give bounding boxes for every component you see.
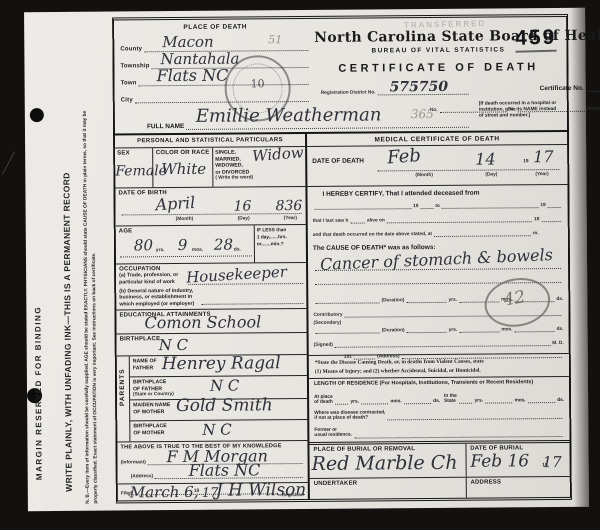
margin-binding-text: MARGIN RESERVED FOR BINDING xyxy=(31,40,43,480)
former-residence-label: Former or usual residence. xyxy=(314,428,352,439)
sex-cell: SEX Female xyxy=(115,148,153,187)
dob-month-value: April xyxy=(155,195,196,213)
dod-day-caption: (Day) xyxy=(485,172,497,177)
if-less-cell: IF LESS than 1 day,......hrs. or.......m… xyxy=(254,225,306,262)
dod-month-value: Feb xyxy=(387,147,422,168)
attended-dates-line: 19 to 19 xyxy=(313,203,563,210)
mother-name-value: Gold Smith xyxy=(176,398,273,416)
contributory-label: Contributory xyxy=(313,313,342,318)
birthplace-value: N C xyxy=(159,338,188,353)
mos-caption: mos. xyxy=(390,399,401,404)
full-name-line: FULL NAME Emillie Weatherman 365 xyxy=(121,121,471,131)
ds-caption: ds. xyxy=(556,297,563,302)
year-19-print: 19 xyxy=(534,217,539,222)
education-row: EDUCATIONAL ATTAINMENTS Comon School xyxy=(116,309,306,334)
age-row: AGE 80 yrs. 9 mos. 28 ds. IF LESS than 1… xyxy=(116,225,306,264)
ds-caption: ds. xyxy=(433,399,440,404)
sex-label: SEX xyxy=(117,150,150,156)
mos-caption: mos. xyxy=(501,327,512,332)
seal-number: 10 xyxy=(227,77,289,90)
mos-caption: mos. xyxy=(515,398,526,403)
dob-year-caption: (Year) xyxy=(284,216,297,221)
burial-place-value: Red Marble Ch xyxy=(312,454,458,474)
scan-background: { "margin": { "binding": "MARGIN RESERVE… xyxy=(0,0,600,530)
dod-label: DATE OF DEATH xyxy=(312,158,364,165)
date-of-death-row: DATE OF DEATH Feb 14 19 17 (Month) (Day)… xyxy=(307,145,567,187)
full-name-value: Emillie Weatherman xyxy=(196,106,382,125)
personal-column: PERSONAL AND STATISTICAL PARTICULARS SEX… xyxy=(115,134,310,500)
margin-nb-note-line1: N. B.—Every item of information should b… xyxy=(82,24,91,504)
dod-year-caption: (Year) xyxy=(535,172,548,177)
father-name-row: NAME OF FATHER Henrey Ragal xyxy=(130,355,307,377)
undertaker-row: UNDERTAKER ADDRESS xyxy=(310,476,570,499)
certificate-paper: MARGIN RESERVED FOR BINDING WRITE PLAINL… xyxy=(24,8,589,511)
registration-district-value: 575750 xyxy=(390,80,449,94)
yrs-caption: yrs. xyxy=(448,298,457,303)
county-value: Macon xyxy=(162,35,214,50)
dob-month-caption: (Month) xyxy=(176,217,194,222)
age-cell: AGE 80 yrs. 9 mos. 28 ds. xyxy=(116,225,254,263)
dod-day-value: 14 xyxy=(475,152,495,168)
yrs-caption: yrs. xyxy=(350,400,359,405)
undertaker-cell: UNDERTAKER xyxy=(310,478,467,499)
hospital-note: [If death occurred in a hospital or inst… xyxy=(479,101,561,120)
disease-contracted-line: Where was disease contracted, if not at … xyxy=(309,405,569,424)
dod-month-caption: (Month) xyxy=(415,173,433,178)
alive-on-text: alive on xyxy=(367,218,385,223)
race-cell: COLOR OR RACE White xyxy=(153,148,213,187)
dod-year-print: 19 xyxy=(523,159,528,164)
county-pencil-note: 51 xyxy=(268,34,282,45)
marital-value: Widow xyxy=(251,145,303,164)
parents-side-label-cell: PARENTS xyxy=(117,356,131,441)
attestation-row: THE ABOVE IS TRUE TO THE BEST OF MY KNOW… xyxy=(117,441,307,484)
death-occurred-line: and that death occurred on the date abov… xyxy=(313,231,563,238)
dob-day-value: 16 xyxy=(234,199,252,213)
last-saw-line: that I last saw h alive on 19 xyxy=(313,217,563,224)
burial-year-value: 17 xyxy=(542,455,561,470)
dob-dotted-line xyxy=(122,213,302,215)
undertaker-label: UNDERTAKER xyxy=(314,480,462,487)
certification-block: I HEREBY CERTIFY, That I attended deceas… xyxy=(307,185,568,355)
death-occurred-text: and that death occurred on the date abov… xyxy=(313,232,432,238)
contracted-label: Where was disease contracted, if not at … xyxy=(314,410,385,421)
race-value: White xyxy=(161,162,206,177)
burial-date-cell: DATE OF BURIAL Feb 16 19 17 xyxy=(466,443,570,477)
father-bp-value: N C xyxy=(210,378,239,393)
filed-row: Filed March 6, 19 17 J H Wilson Registra… xyxy=(118,483,308,500)
informant-address-line: (Address) Flats NC xyxy=(121,464,305,479)
paper-edge-shadow xyxy=(570,8,589,507)
age-dotted-line xyxy=(120,255,252,257)
town-value: Flats NC xyxy=(156,68,228,85)
ds-caption: ds. xyxy=(557,327,564,332)
yrs-caption: yrs. xyxy=(475,399,484,404)
scan-scratch xyxy=(2,151,15,174)
place-of-death-title: PLACE OF DEATH xyxy=(120,23,310,31)
dod-dotted-line xyxy=(377,169,559,171)
duration-line-2: (Duration) yrs. mos. ds. xyxy=(314,327,564,334)
former-residence-line: Former or usual residence. xyxy=(309,422,569,441)
father-name-value: Henrey Ragal xyxy=(162,355,281,373)
certify-text: I HEREBY CERTIFY, That I attended deceas… xyxy=(322,190,479,198)
to-label: to xyxy=(435,204,440,209)
m-label: m. xyxy=(533,231,539,236)
full-name-label: FULL NAME xyxy=(147,123,184,130)
former-line2: usual residence. xyxy=(314,433,352,438)
age-months-value: 9 xyxy=(178,238,188,253)
registrar-label: Registrar. xyxy=(282,493,304,498)
dob-day-caption: (Day) xyxy=(238,216,250,221)
burial-row: PLACE OF BURIAL OR REMOVAL Red Marble Ch… xyxy=(309,440,569,478)
date-of-birth-row: DATE OF BIRTH April 16 836 (Month) (Day)… xyxy=(115,187,305,226)
if-less-line3: or.......min.? xyxy=(257,241,304,249)
file-number-stamp: 459 xyxy=(515,26,557,53)
certificate-of-death-title: CERTIFICATE OF DEATH xyxy=(314,61,562,75)
age-days-value: 28 xyxy=(214,238,233,253)
signed-line: (Signed) M. D. xyxy=(314,341,564,348)
mother-birthplace-row: BIRTHPLACE OF MOTHER N C xyxy=(130,420,307,441)
form-header: PLACE OF DEATH County Macon 51 Township … xyxy=(114,17,567,134)
parents-label: PARENTS xyxy=(119,368,126,406)
education-value: Comon School xyxy=(144,314,261,331)
ward-label: Ward) xyxy=(586,107,599,112)
header-block: TRANSFERRED North Carolina State Board o… xyxy=(314,19,562,75)
yrs-caption: yrs. xyxy=(449,328,458,333)
age-years-caption: yrs. xyxy=(156,248,165,253)
marital-cell: SINGLE, MARRIED, WIDOWED, or DIVORCED ( … xyxy=(213,147,305,187)
contracted-line2: if not at place of death? xyxy=(314,416,368,421)
parents-section: PARENTS NAME OF FATHER Henrey Ragal BIRT… xyxy=(117,355,308,442)
certify-line: I HEREBY CERTIFY, That I attended deceas… xyxy=(312,189,562,198)
age-months-caption: mos. xyxy=(192,248,203,253)
age-label: AGE xyxy=(119,227,251,234)
dob-year-value: 836 xyxy=(276,199,303,213)
in-the-line2: State xyxy=(444,399,456,404)
signed-label: (Signed) xyxy=(314,343,333,348)
sex-race-marital-row: SEX Female COLOR OR RACE White SINGLE, M… xyxy=(115,147,305,188)
informant-address-value: Flats NC xyxy=(189,462,261,479)
informant-address-label: (Address) xyxy=(131,474,153,479)
ds-caption: ds. xyxy=(557,398,564,403)
undertaker-address-label: ADDRESS xyxy=(470,479,565,486)
address-19-print: 191 xyxy=(344,355,352,360)
footnote-line2: (1) Means of Injury; and (2) whether Acc… xyxy=(315,365,563,375)
birthplace-label: BIRTHPLACE xyxy=(120,335,304,342)
pencil-circle-number: 42 xyxy=(502,287,527,311)
undertaker-address-cell: ADDRESS xyxy=(466,477,569,498)
dod-year-value: 17 xyxy=(533,149,553,165)
year-19-print: 19 xyxy=(413,204,418,209)
medical-column: MEDICAL CERTIFICATE OF DEATH DATE OF DEA… xyxy=(307,132,570,499)
duration-label: (Duration) xyxy=(381,298,404,303)
certificate-form: PLACE OF DEATH County Macon 51 Township … xyxy=(112,14,572,504)
dob-label: DATE OF BIRTH xyxy=(118,189,302,196)
address-caption: (Address) xyxy=(377,354,399,359)
md-label: M. D. xyxy=(552,341,564,346)
at-place-label: At place of death xyxy=(314,394,333,405)
burial-place-cell: PLACE OF BURIAL OR REMOVAL Red Marble Ch xyxy=(309,443,466,478)
full-name-pencil-note: 365 xyxy=(411,108,434,120)
age-years-value: 80 xyxy=(134,238,153,253)
occupation-row: OCCUPATION (a) Trade, profession, or par… xyxy=(116,263,306,310)
registration-district-label: Registration District No. xyxy=(321,90,376,95)
parents-rows: NAME OF FATHER Henrey Ragal BIRTHPLACE O… xyxy=(130,355,308,441)
residence-at-place-line: At place of death yrs. mos. ds. In the S… xyxy=(309,388,569,407)
filed-date-value: March 6, xyxy=(130,485,199,501)
secondary-label: (Secondary) xyxy=(313,321,341,326)
form-columns: PERSONAL AND STATISTICAL PARTICULARS SEX… xyxy=(115,130,570,501)
mother-bp-value: N C xyxy=(202,423,231,438)
margin-permanent-record-text: WRITE PLAINLY, WITH UNFADING INK—THIS IS… xyxy=(60,32,74,492)
last-saw-text: that I last saw h xyxy=(313,219,349,224)
age-days-caption: ds. xyxy=(234,248,241,253)
in-state-label: In the State xyxy=(444,393,457,404)
at-place-line2: of death xyxy=(314,400,333,405)
year-19-print: 19 xyxy=(540,203,545,208)
city-label: City xyxy=(121,97,133,103)
marital-caption: ( Write the word) xyxy=(215,175,303,181)
race-label: COLOR OR RACE xyxy=(155,150,210,156)
mother-name-row: MAIDEN NAME OF MOTHER Gold Smith xyxy=(130,399,307,421)
duration-label: (Duration) xyxy=(382,328,405,333)
burial-date-value: Feb 16 xyxy=(470,453,529,470)
margin-nb-note-line2: properly classified. Exact statement of … xyxy=(90,24,99,504)
